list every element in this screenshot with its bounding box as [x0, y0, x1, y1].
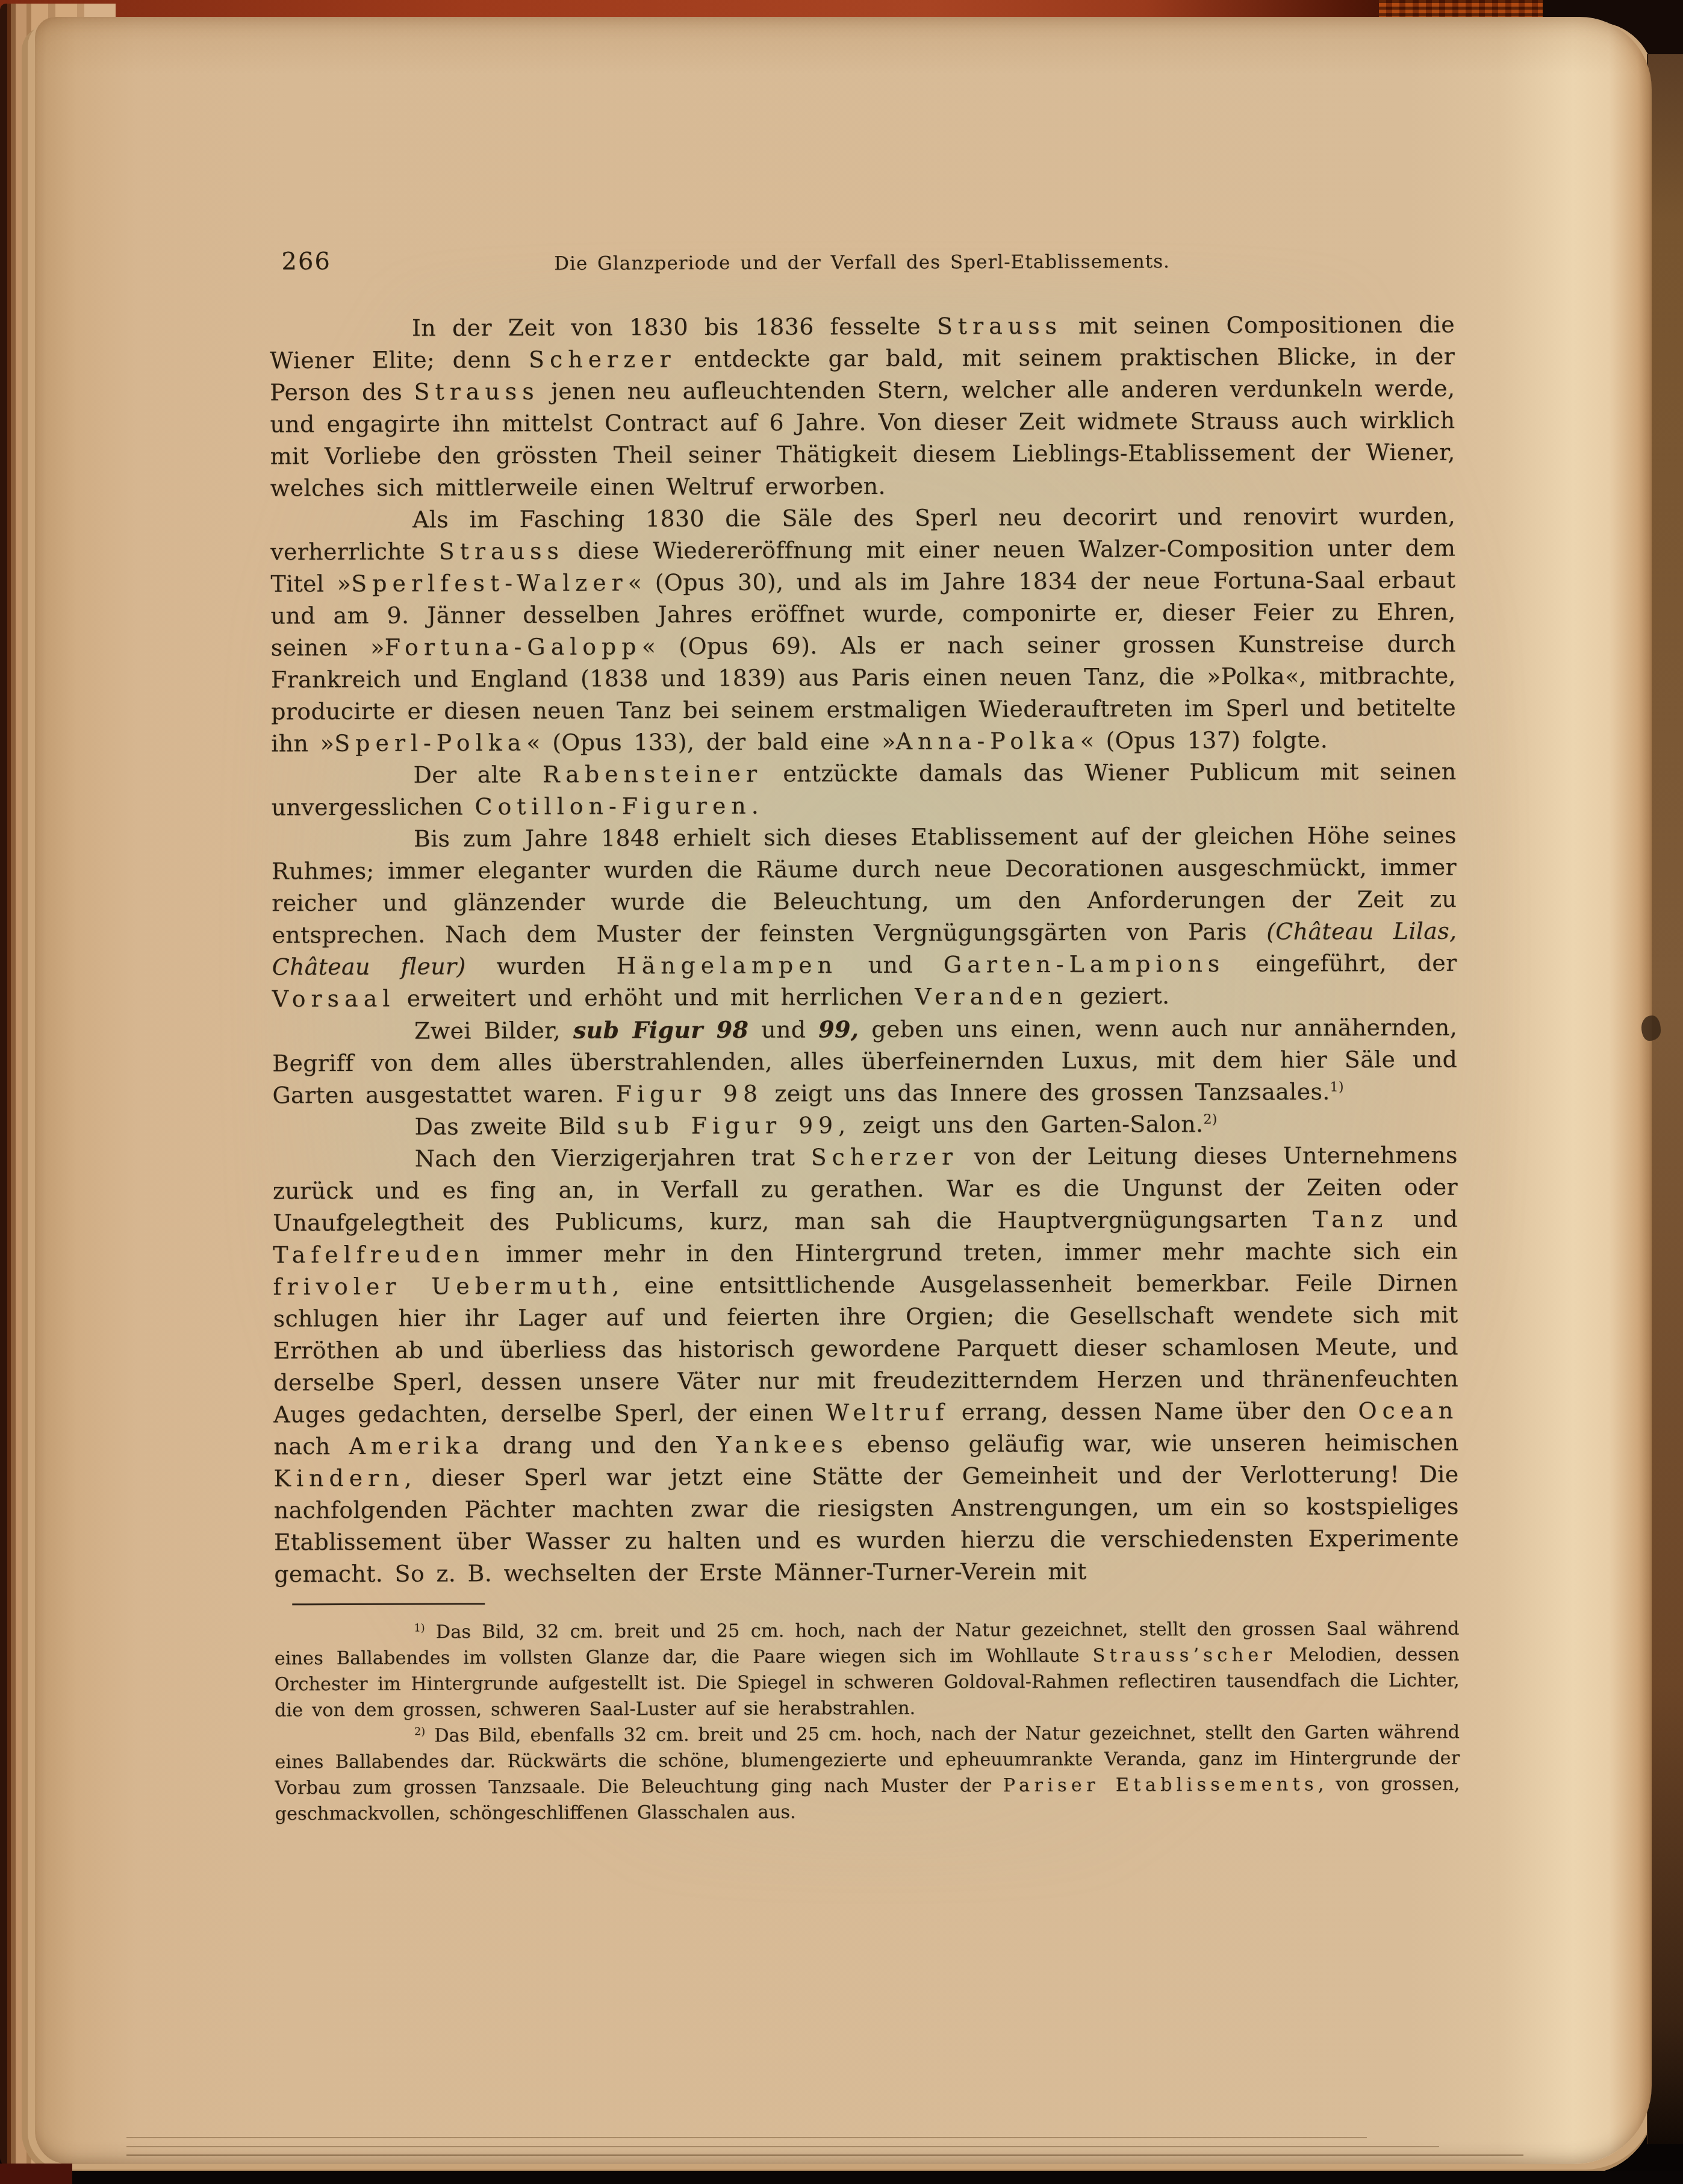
text-run: Yankees	[716, 1431, 848, 1458]
text-run: eingeführt, der	[1225, 950, 1457, 977]
text-run: Der alte	[413, 761, 543, 788]
text-run: Sperlfest-Walzer	[351, 569, 628, 597]
text-run: erweitert und erhöht und mit herrlichen	[395, 984, 915, 1012]
text-run: Tanz	[1313, 1206, 1388, 1232]
text-run: Sperl-Polka	[334, 729, 526, 757]
text-run: Strauss’scher	[1092, 1645, 1276, 1667]
text-run: zeigt uns das Innere des grossen Tanzsaa…	[763, 1078, 1330, 1106]
sheet-edge-line	[126, 2154, 1523, 2156]
body-paragraph: Zwei Bilder, sub Figur 98 und 99, geben …	[272, 1011, 1458, 1112]
text-run: ebenso geläufig war, wie unseren heimisc…	[848, 1429, 1459, 1458]
cover-bottom-left	[0, 2164, 72, 2184]
body-paragraph: Der alte Rabensteiner entzückte damals d…	[271, 756, 1456, 824]
sheet-edge-line	[126, 2146, 1439, 2147]
footnotes: 1) Das Bild, 32 cm. breit und 25 cm. hoc…	[274, 1616, 1460, 1827]
text-run: Amerika	[349, 1432, 484, 1459]
sheet-edge-line	[126, 2137, 1367, 2138]
text-run: sub Figur 98	[573, 1016, 748, 1044]
text-run: In der Zeit von 1830 bis 1836 fesselte	[412, 313, 937, 342]
text-run: immer mehr in den Hintergrund treten, im…	[485, 1238, 1458, 1268]
text-run: Scherzer	[529, 346, 676, 373]
text-run: Zwei Bilder,	[414, 1017, 573, 1044]
text-run: Fortuna-Galopp	[385, 633, 642, 660]
text-run: zeigt uns den Garten-Salon.	[851, 1111, 1203, 1138]
text-run: Nach den Vierzigerjahren trat	[415, 1144, 811, 1172]
running-header: 266 Die Glanzperiode und der Verfall des…	[269, 244, 1454, 283]
body-paragraph: Nach den Vierzigerjahren trat Scherzer v…	[273, 1140, 1460, 1591]
text-run: nach	[273, 1433, 349, 1459]
scanner-background	[0, 2171, 1683, 2184]
text-run: und	[838, 952, 944, 979]
ink-spot	[1641, 1016, 1661, 1041]
text-run: Strauss	[937, 313, 1062, 340]
text-run: wurden	[466, 952, 617, 979]
text-run: Tafelfreuden	[273, 1241, 485, 1268]
text-run: Strauss	[414, 378, 539, 405]
text-run: frivoler Uebermuth	[273, 1272, 612, 1300]
running-title: Die Glanzperiode und der Verfall des Spe…	[269, 250, 1454, 276]
text-run: Pariser Etablissements	[1003, 1774, 1318, 1796]
text-run: Ocean	[1358, 1397, 1458, 1424]
text-run: Das zweite Bild	[414, 1112, 617, 1140]
footnote-ref: 2)	[414, 1726, 425, 1738]
text-run: Cotillon-Figuren	[474, 793, 751, 820]
body-paragraph: In der Zeit von 1830 bis 1836 fesselte S…	[270, 309, 1455, 505]
text-run: Weltruf	[826, 1399, 949, 1426]
text-run: drang und den	[484, 1432, 717, 1459]
text-run: « (Opus 137) folgte.	[1080, 726, 1328, 753]
text-run: Kindern	[273, 1465, 404, 1492]
body-paragraph: Das zweite Bild sub Figur 99, zeigt uns …	[272, 1108, 1457, 1144]
footnote-ref: 1)	[1330, 1080, 1344, 1095]
footnote-separator	[292, 1603, 485, 1605]
body-paragraphs: In der Zeit von 1830 bis 1836 fesselte S…	[270, 309, 1459, 1591]
footnote-paragraph: 1) Das Bild, 32 cm. breit und 25 cm. hoc…	[274, 1616, 1460, 1724]
text-run: Veranden	[915, 983, 1068, 1010]
text-run: « (Opus 133), der bald eine »	[526, 728, 896, 756]
footnote-ref: 2)	[1203, 1112, 1217, 1127]
book-fore-edge	[1647, 54, 1683, 2144]
text-run: und	[748, 1016, 818, 1043]
text-run: .	[751, 793, 759, 819]
text-run: 99,	[818, 1016, 859, 1043]
text-run: errang, dessen Name über den	[949, 1397, 1358, 1425]
body-paragraph: Als im Fasching 1830 die Säle des Sperl …	[270, 501, 1456, 760]
text-run: Figur 98	[616, 1081, 764, 1108]
text-run: Hängelampen	[616, 952, 838, 979]
text-run: Rabensteiner	[543, 761, 762, 788]
text-run: Scherzer	[811, 1143, 959, 1170]
text-run: Garten-Lampions	[944, 950, 1225, 978]
text-run: Strauss	[439, 538, 564, 565]
footnote-ref: 1)	[414, 1622, 425, 1634]
footnote-paragraph: 2) Das Bild, ebenfalls 32 cm. breit und …	[275, 1720, 1460, 1827]
page-text: 266 Die Glanzperiode und der Verfall des…	[269, 244, 1460, 1827]
text-run: Vorsaal	[272, 985, 396, 1012]
text-run: geziert.	[1068, 982, 1170, 1009]
text-run: , dieser Sperl war jetzt eine Stätte der…	[274, 1461, 1459, 1588]
body-paragraph: Bis zum Jahre 1848 erhielt sich dieses E…	[272, 820, 1457, 1016]
text-run: Anna-Polka	[896, 728, 1080, 755]
text-run: sub Figur 99,	[617, 1112, 851, 1139]
text-run: und	[1388, 1206, 1458, 1232]
